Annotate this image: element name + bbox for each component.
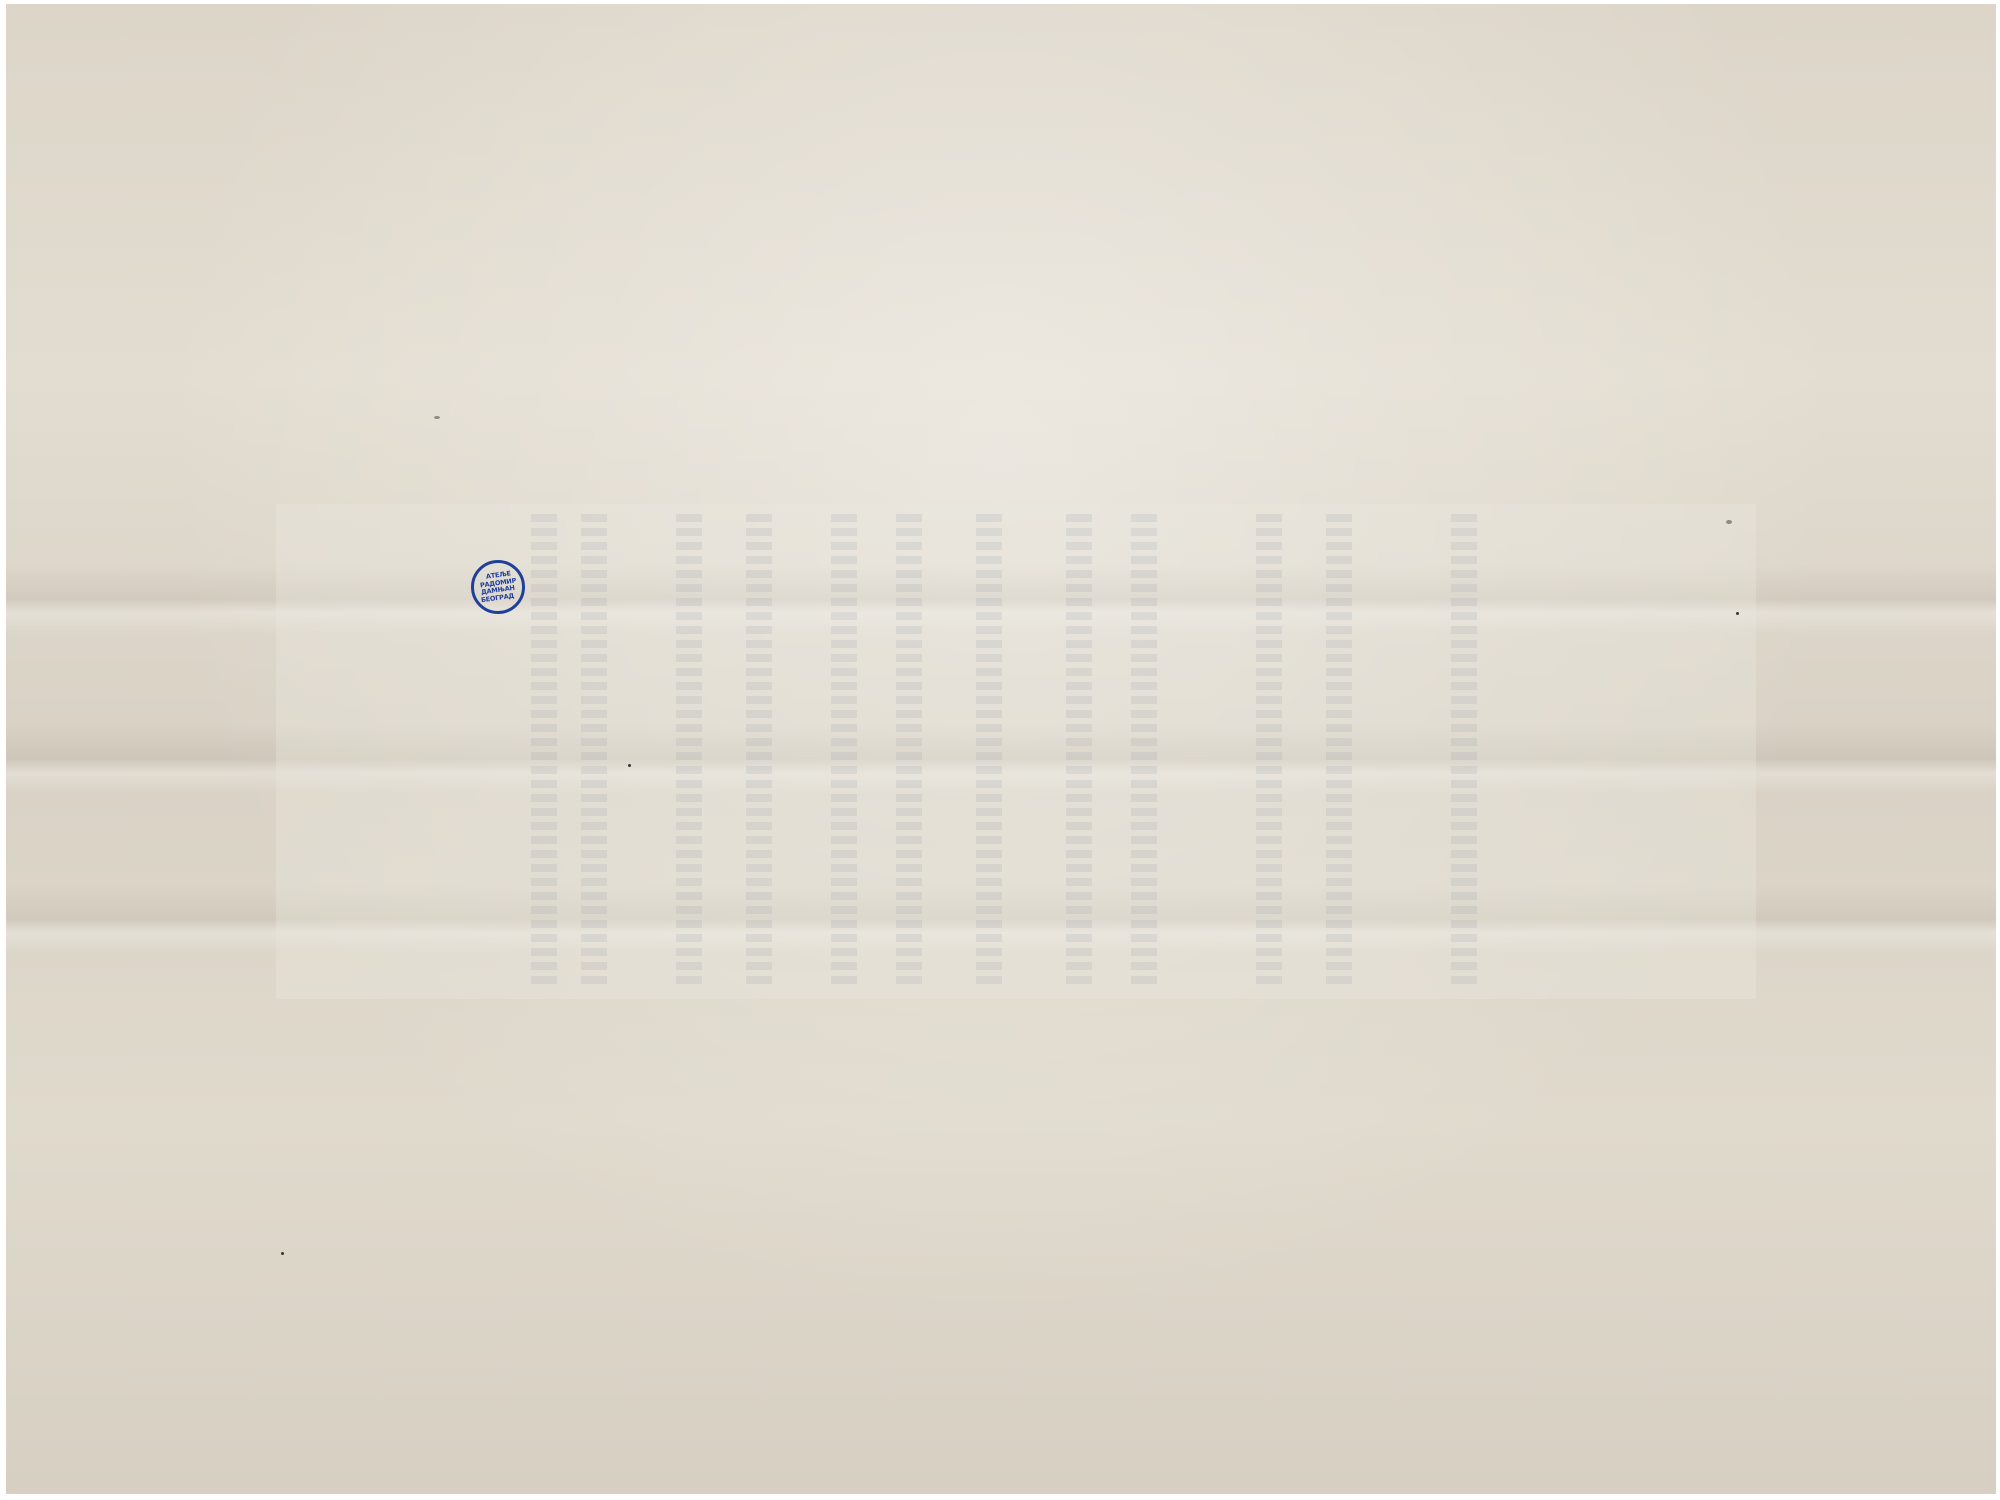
bleed-column: [581, 514, 607, 984]
speck: [628, 764, 631, 767]
speck: [434, 416, 440, 419]
bleed-column: [1066, 514, 1092, 984]
bleed-column: [746, 514, 772, 984]
bleed-column: [1326, 514, 1352, 984]
bleed-column: [1451, 514, 1477, 984]
ink-stamp: АТЕЉЕ РАДОМИР ДАМЊАН БЕОГРАД: [471, 560, 525, 614]
paper-sheet: АТЕЉЕ РАДОМИР ДАМЊАН БЕОГРАД: [6, 4, 1996, 1494]
speck: [281, 1252, 284, 1255]
bleed-column: [1256, 514, 1282, 984]
bleed-column: [896, 514, 922, 984]
speck: [1736, 612, 1739, 615]
bleed-column: [831, 514, 857, 984]
bleed-column: [976, 514, 1002, 984]
bleed-column: [1131, 514, 1157, 984]
bleed-column: [531, 514, 557, 984]
speck: [1726, 520, 1732, 524]
bleed-column: [676, 514, 702, 984]
